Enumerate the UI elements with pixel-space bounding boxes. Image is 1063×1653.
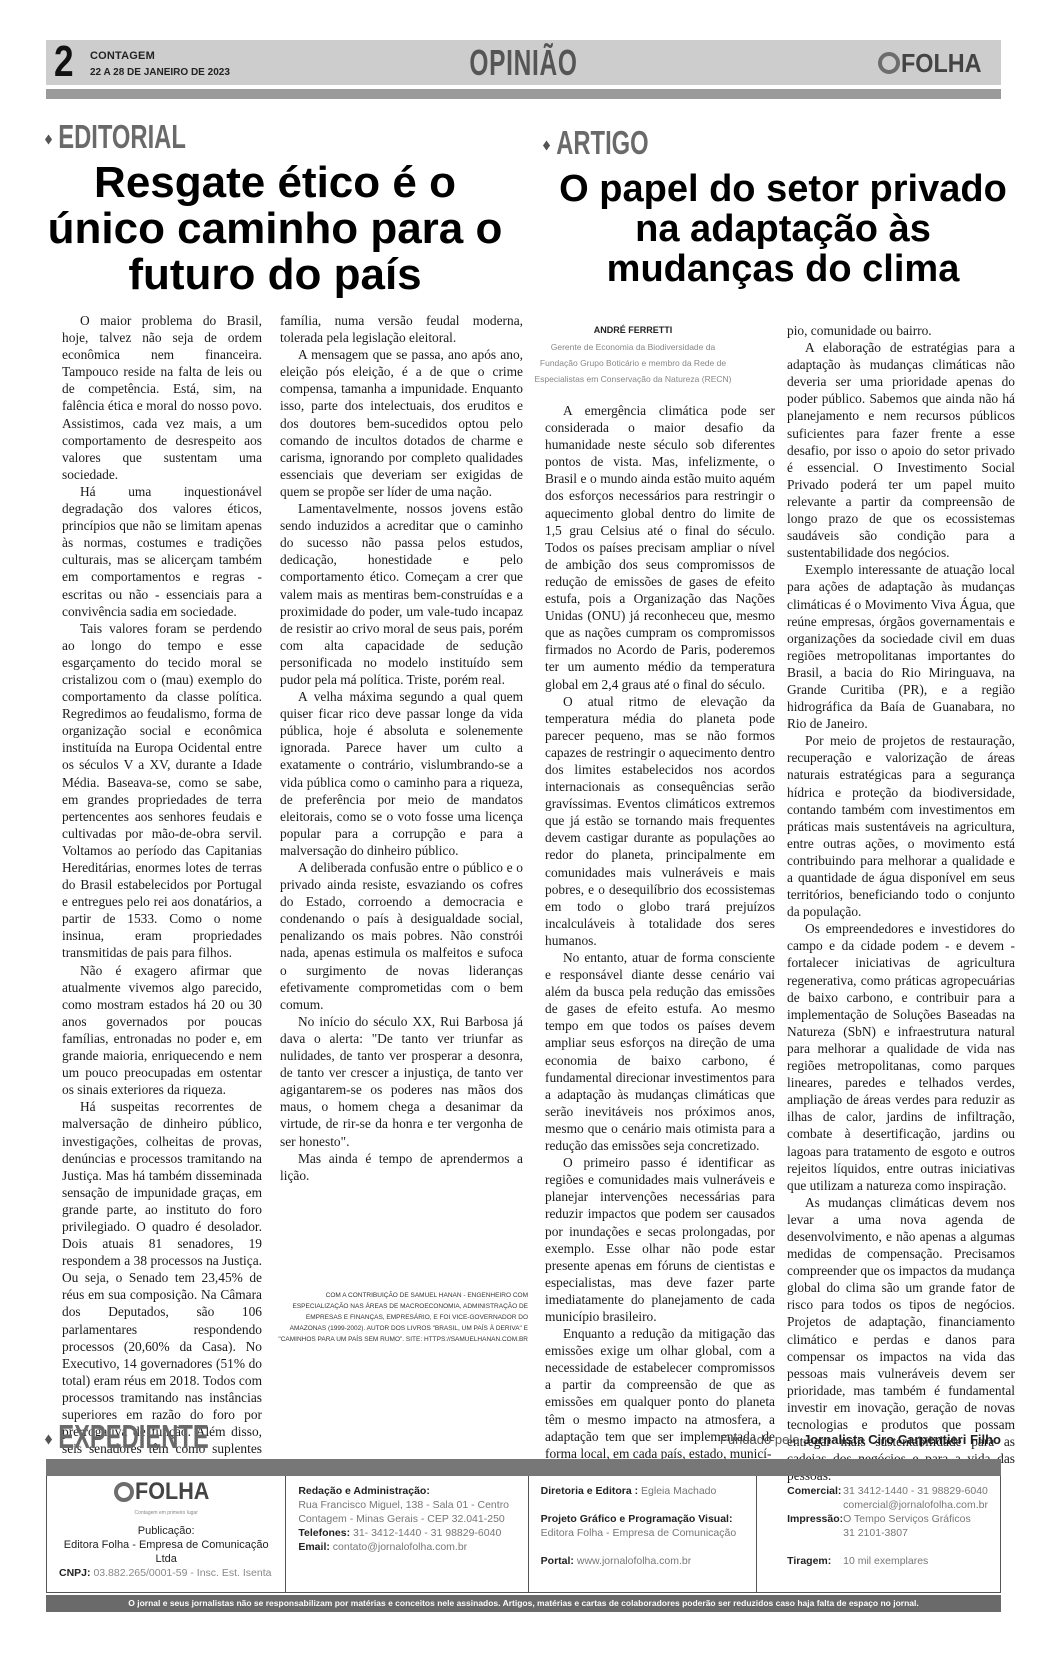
- editorial-column-2: família, numa versão feudal moderna, tol…: [280, 312, 523, 1184]
- paragraph: A deliberada confusão entre o público e …: [280, 859, 523, 1013]
- paragraph: Não é exagero afirmar que atualmente viv…: [62, 962, 262, 1099]
- diamond-bullet-icon: [45, 1434, 52, 1444]
- paragraph: A emergência climática pode ser consider…: [545, 402, 775, 693]
- editorial-headline: Resgate ético é o único caminho para o f…: [40, 160, 510, 299]
- paragraph: O primeiro passo é identificar as regiõe…: [545, 1154, 775, 1325]
- artigo-kicker: ARTIGO: [544, 124, 649, 162]
- editorial-kicker: EDITORIAL: [46, 118, 186, 156]
- staff-cell: Diretoria e Editora : Egleia Machado Pro…: [529, 1476, 757, 1592]
- author-name: ANDRÉ FERRETTI: [533, 325, 733, 335]
- commercial-cell: Comercial:31 3412-1440 - 31 98829-6040 c…: [757, 1476, 1000, 1592]
- portal-link[interactable]: www.jornalofolha.com.br: [577, 1555, 691, 1567]
- paragraph: A mensagem que se passa, ano após ano, e…: [280, 346, 523, 500]
- address-cell: Redação e Administração: Rua Francisco M…: [286, 1476, 528, 1592]
- paragraph: Lamentavelmente, nossos jovens estão sen…: [280, 500, 523, 688]
- paragraph: Por meio de projetos de restauração, rec…: [787, 732, 1015, 920]
- commercial-email-link[interactable]: comercial@jornalofolha.com.br: [843, 1498, 988, 1512]
- disclaimer-bar: O jornal e seus jornalistas não se respo…: [46, 1595, 1001, 1612]
- artigo-column-1: A emergência climática pode ser consider…: [545, 402, 775, 1462]
- page-header: 2 CONTAGEM 22 A 28 DE JANEIRO DE 2023 OP…: [46, 40, 1001, 85]
- author-byline: ANDRÉ FERRETTI Gerente de Economia da Bi…: [533, 325, 733, 387]
- paragraph: Tais valores foram se perdendo ao longo …: [62, 620, 262, 962]
- section-title: OPINIÃO: [199, 42, 848, 84]
- paragraph: O maior problema do Brasil, hoje, talvez…: [62, 312, 262, 483]
- expediente-kicker: EXPEDIENTE: [46, 1418, 209, 1456]
- logo-circle-icon: [114, 1482, 134, 1502]
- paragraph: Exemplo interessante de atuação local pa…: [787, 561, 1015, 732]
- artigo-headline: O papel do setor privado na adaptação às…: [548, 170, 1018, 290]
- paragraph: O atual ritmo de elevação da temperatura…: [545, 693, 775, 949]
- email-link[interactable]: contato@jornalofolha.com.br: [333, 1541, 467, 1553]
- expediente-box: FOLHA Contagem em primeiro lugar Publica…: [46, 1476, 1001, 1593]
- editorial-column-1: O maior problema do Brasil, hoje, talvez…: [62, 312, 262, 1474]
- expediente-bar: [46, 1459, 1001, 1476]
- paragraph: família, numa versão feudal moderna, tol…: [280, 312, 523, 346]
- paragraph: Mas ainda é tempo de aprendermos a lição…: [280, 1150, 523, 1184]
- logo-circle-icon: [878, 52, 900, 74]
- newspaper-logo: FOLHA: [114, 1482, 218, 1502]
- edition-city: CONTAGEM: [90, 50, 155, 62]
- page-number: 2: [54, 38, 74, 86]
- author-role: Gerente de Economia da Biodiversidade da…: [533, 339, 733, 387]
- paragraph: Os empreendedores e investidores do camp…: [787, 920, 1015, 1194]
- paragraph: A velha máxima segundo a qual quem quise…: [280, 688, 523, 859]
- diamond-bullet-icon: [45, 134, 52, 144]
- diamond-bullet-icon: [543, 140, 550, 150]
- paragraph: Há uma inquestionável degradação dos val…: [62, 483, 262, 620]
- artigo-column-2: pio, comunidade ou bairro. A elaboração …: [787, 322, 1015, 1484]
- paragraph: No início do século XX, Rui Barbosa já d…: [280, 1013, 523, 1150]
- paragraph: A elaboração de estratégias para a adapt…: [787, 339, 1015, 561]
- paragraph: pio, comunidade ou bairro.: [787, 322, 1015, 339]
- paragraph: No entanto, atuar de forma consciente e …: [545, 949, 775, 1154]
- founder-credit: Fundado pelo Jornalista Ciro Carpentieri…: [720, 1432, 1001, 1447]
- header-rule: [46, 89, 1001, 99]
- newspaper-logo: FOLHA: [878, 46, 991, 80]
- publisher-cell: FOLHA Contagem em primeiro lugar Publica…: [47, 1476, 286, 1592]
- editorial-credit: Com a contribuição de Samuel Hanan - eng…: [270, 1290, 528, 1345]
